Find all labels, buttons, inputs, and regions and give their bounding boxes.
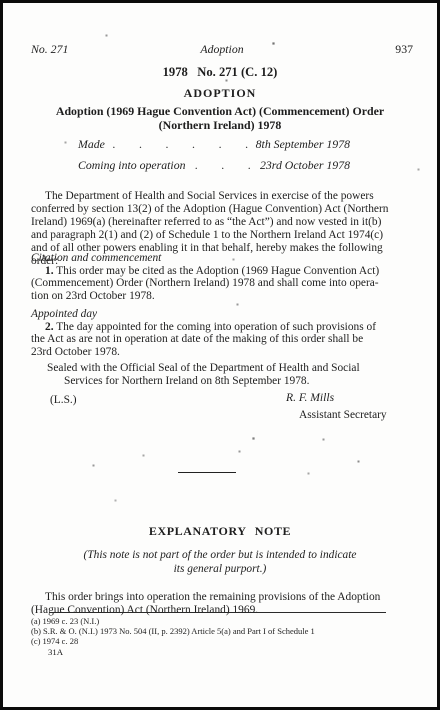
footnote-rule xyxy=(49,612,386,613)
article-1-text: This order may be cited as the Adoption … xyxy=(31,265,379,303)
docket-line: 1978 No. 271 (C. 12) xyxy=(3,65,437,80)
made-date: 8th September 1978 xyxy=(256,137,350,152)
scan-speckles xyxy=(3,3,4,4)
made-dot-leaders: . . . . . . xyxy=(105,137,256,152)
sealing-paragraph: Sealed with the Official Seal of the Dep… xyxy=(31,362,417,388)
article-2-text: The day appointed for the coming into op… xyxy=(31,321,376,359)
article-1-number: 1. xyxy=(45,265,54,277)
running-header-page: 937 xyxy=(395,42,413,57)
footnote-b: (b) S.R. & O. (N.I.) 1973 No. 504 (II, p… xyxy=(31,626,427,636)
operation-date: 23rd October 1978 xyxy=(260,158,350,173)
running-header-subject: Adoption xyxy=(200,42,243,57)
made-label: Made xyxy=(78,137,105,152)
sealing-line-1: Sealed with the Official Seal of the Dep… xyxy=(31,362,417,375)
explanatory-note-body: This order brings into operation the rem… xyxy=(31,591,417,617)
subject-heading: ADOPTION xyxy=(3,86,437,101)
operation-dot-leaders: . . . xyxy=(186,158,261,173)
running-header: No. 271 Adoption 937 xyxy=(31,42,413,57)
signatory-name: R. F. Mills xyxy=(286,391,334,404)
document-page: No. 271 Adoption 937 1978 No. 271 (C. 12… xyxy=(0,0,440,710)
article-1-paragraph: 1. This order may be cited as the Adopti… xyxy=(31,265,417,304)
article-1-heading: Citation and commencement xyxy=(31,252,161,264)
order-end-rule xyxy=(178,472,236,473)
article-2-heading: Appointed day xyxy=(31,308,97,320)
explanatory-note-heading: EXPLANATORY NOTE xyxy=(3,524,437,539)
printer-mark: 31A xyxy=(48,647,63,657)
footnote-c: (c) 1974 c. 28 xyxy=(31,636,427,646)
dates-table: Made . . . . . . 8th September 1978 Comi… xyxy=(78,137,350,178)
operation-label: Coming into operation xyxy=(78,158,186,173)
sealing-line-2: Services for Northern Ireland on 8th Sep… xyxy=(31,375,417,388)
footnotes: (a) 1969 c. 23 (N.I.) (b) S.R. & O. (N.I… xyxy=(31,616,427,646)
operation-row: Coming into operation . . . 23rd October… xyxy=(78,158,350,179)
seal-mark: (L.S.) xyxy=(50,394,77,406)
explanatory-note-subtitle: (This note is not part of the order but … xyxy=(3,549,437,576)
article-2-paragraph: 2. The day appointed for the coming into… xyxy=(31,321,417,360)
signatory-role: Assistant Secretary xyxy=(299,409,387,421)
order-title: Adoption (1969 Hague Convention Act) (Co… xyxy=(3,104,437,132)
footnote-a: (a) 1969 c. 23 (N.I.) xyxy=(31,616,427,626)
running-header-number: No. 271 xyxy=(31,42,68,57)
made-row: Made . . . . . . 8th September 1978 xyxy=(78,137,350,158)
article-2-number: 2. xyxy=(45,321,54,333)
